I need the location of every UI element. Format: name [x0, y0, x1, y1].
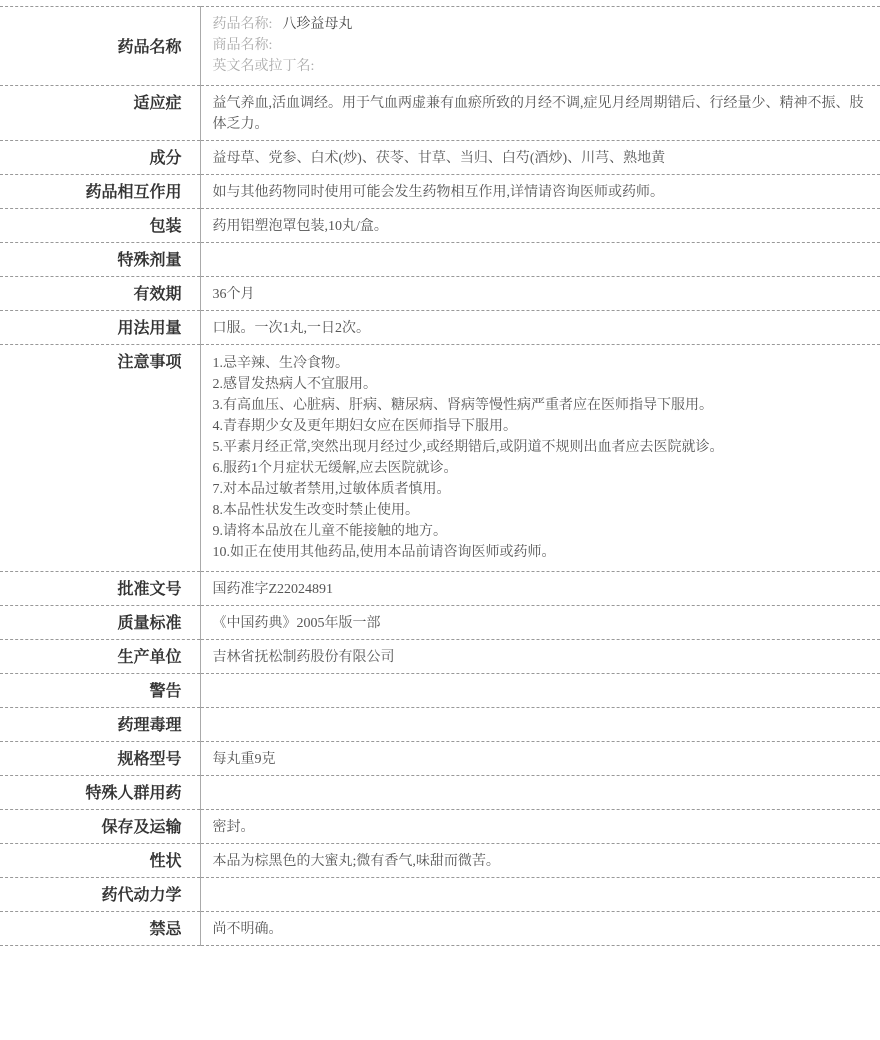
row-label: 包装 — [0, 209, 200, 243]
row-label: 生产单位 — [0, 640, 200, 674]
row-value: 1.忌辛辣、生冷食物。 2.感冒发热病人不宜服用。 3.有高血压、心脏病、肝病、… — [200, 345, 880, 572]
drug-info-table: 药品名称 药品名称:八珍益母丸 商品名称: 英文名或拉丁名: 适应症 益气养血,… — [0, 6, 880, 946]
table-row-specification: 规格型号 每丸重9克 — [0, 742, 880, 776]
row-label: 禁忌 — [0, 912, 200, 946]
precaution-item: 10.如正在使用其他药品,使用本品前请咨询医师或药师。 — [213, 542, 867, 563]
table-row-manufacturer: 生产单位 吉林省抚松制药股份有限公司 — [0, 640, 880, 674]
table-row-pharmacology-toxicology: 药理毒理 — [0, 708, 880, 742]
row-value — [200, 674, 880, 708]
table-row-drug-name: 药品名称 药品名称:八珍益母丸 商品名称: 英文名或拉丁名: — [0, 7, 880, 86]
precaution-item: 6.服药1个月症状无缓解,应去医院就诊。 — [213, 458, 867, 479]
row-value: 口服。一次1丸,一日2次。 — [200, 311, 880, 345]
row-label: 用法用量 — [0, 311, 200, 345]
row-label: 批准文号 — [0, 572, 200, 606]
precaution-item: 3.有高血压、心脏病、肝病、糖尿病、肾病等慢性病严重者应在医师指导下服用。 — [213, 395, 867, 416]
table-row-packaging: 包装 药用铝塑泡罩包装,10丸/盒。 — [0, 209, 880, 243]
row-value: 益母草、党参、白术(炒)、茯苓、甘草、当归、白芍(酒炒)、川芎、熟地黄 — [200, 141, 880, 175]
row-label: 药代动力学 — [0, 878, 200, 912]
precaution-item: 5.平素月经正常,突然出现月经过少,或经期错后,或阴道不规则出血者应去医院就诊。 — [213, 437, 867, 458]
row-value: 药用铝塑泡罩包装,10丸/盒。 — [200, 209, 880, 243]
row-label-drug-name: 药品名称 — [0, 7, 200, 86]
table-row-contraindications: 禁忌 尚不明确。 — [0, 912, 880, 946]
drug-info-page: 药品名称 药品名称:八珍益母丸 商品名称: 英文名或拉丁名: 适应症 益气养血,… — [0, 0, 880, 1040]
precaution-item: 9.请将本品放在儿童不能接触的地方。 — [213, 521, 867, 542]
row-label: 性状 — [0, 844, 200, 878]
row-label: 警告 — [0, 674, 200, 708]
precaution-item: 1.忌辛辣、生冷食物。 — [213, 353, 867, 374]
table-row-dosage-administration: 用法用量 口服。一次1丸,一日2次。 — [0, 311, 880, 345]
row-label: 特殊人群用药 — [0, 776, 200, 810]
row-label: 保存及运输 — [0, 810, 200, 844]
row-value: 36个月 — [200, 277, 880, 311]
row-label: 规格型号 — [0, 742, 200, 776]
table-row-precautions: 注意事项 1.忌辛辣、生冷食物。 2.感冒发热病人不宜服用。 3.有高血压、心脏… — [0, 345, 880, 572]
row-label: 成分 — [0, 141, 200, 175]
row-value — [200, 878, 880, 912]
row-label: 适应症 — [0, 86, 200, 141]
precaution-item: 2.感冒发热病人不宜服用。 — [213, 374, 867, 395]
field-key-trade-name: 商品名称: — [213, 38, 273, 53]
row-label: 质量标准 — [0, 606, 200, 640]
row-value: 国药准字Z22024891 — [200, 572, 880, 606]
row-value: 《中国药典》2005年版一部 — [200, 606, 880, 640]
drug-info-table-wrapper: 药品名称 药品名称:八珍益母丸 商品名称: 英文名或拉丁名: 适应症 益气养血,… — [0, 0, 880, 946]
table-row-special-populations: 特殊人群用药 — [0, 776, 880, 810]
table-row-pharmacokinetics: 药代动力学 — [0, 878, 880, 912]
table-row-storage-transport: 保存及运输 密封。 — [0, 810, 880, 844]
table-row-indications: 适应症 益气养血,活血调经。用于气血两虚兼有血瘀所致的月经不调,症见月经周期错后… — [0, 86, 880, 141]
row-value: 吉林省抚松制药股份有限公司 — [200, 640, 880, 674]
row-label: 特殊剂量 — [0, 243, 200, 277]
row-value-drug-name: 药品名称:八珍益母丸 商品名称: 英文名或拉丁名: — [200, 7, 880, 86]
table-row-approval-number: 批准文号 国药准字Z22024891 — [0, 572, 880, 606]
drug-name-value: 八珍益母丸 — [282, 17, 352, 32]
table-row-special-dosage: 特殊剂量 — [0, 243, 880, 277]
field-key-drug-name: 药品名称: — [213, 17, 273, 32]
row-label: 药理毒理 — [0, 708, 200, 742]
field-key-latin-name: 英文名或拉丁名: — [213, 59, 315, 74]
table-row-description: 性状 本品为棕黑色的大蜜丸;微有香气,味甜而微苦。 — [0, 844, 880, 878]
table-row-warning: 警告 — [0, 674, 880, 708]
table-row-quality-standard: 质量标准 《中国药典》2005年版一部 — [0, 606, 880, 640]
table-row-shelf-life: 有效期 36个月 — [0, 277, 880, 311]
row-value: 密封。 — [200, 810, 880, 844]
precaution-item: 7.对本品过敏者禁用,过敏体质者慎用。 — [213, 479, 867, 500]
row-value: 尚不明确。 — [200, 912, 880, 946]
row-value — [200, 776, 880, 810]
row-label: 有效期 — [0, 277, 200, 311]
row-label: 药品相互作用 — [0, 175, 200, 209]
row-value: 每丸重9克 — [200, 742, 880, 776]
row-value: 本品为棕黑色的大蜜丸;微有香气,味甜而微苦。 — [200, 844, 880, 878]
precaution-item: 4.青春期少女及更年期妇女应在医师指导下服用。 — [213, 416, 867, 437]
table-row-ingredients: 成分 益母草、党参、白术(炒)、茯苓、甘草、当归、白芍(酒炒)、川芎、熟地黄 — [0, 141, 880, 175]
row-value — [200, 243, 880, 277]
row-value — [200, 708, 880, 742]
row-label: 注意事项 — [0, 345, 200, 572]
row-value: 如与其他药物同时使用可能会发生药物相互作用,详情请咨询医师或药师。 — [200, 175, 880, 209]
precaution-item: 8.本品性状发生改变时禁止使用。 — [213, 500, 867, 521]
table-row-drug-interactions: 药品相互作用 如与其他药物同时使用可能会发生药物相互作用,详情请咨询医师或药师。 — [0, 175, 880, 209]
row-value: 益气养血,活血调经。用于气血两虚兼有血瘀所致的月经不调,症见月经周期错后、行经量… — [200, 86, 880, 141]
